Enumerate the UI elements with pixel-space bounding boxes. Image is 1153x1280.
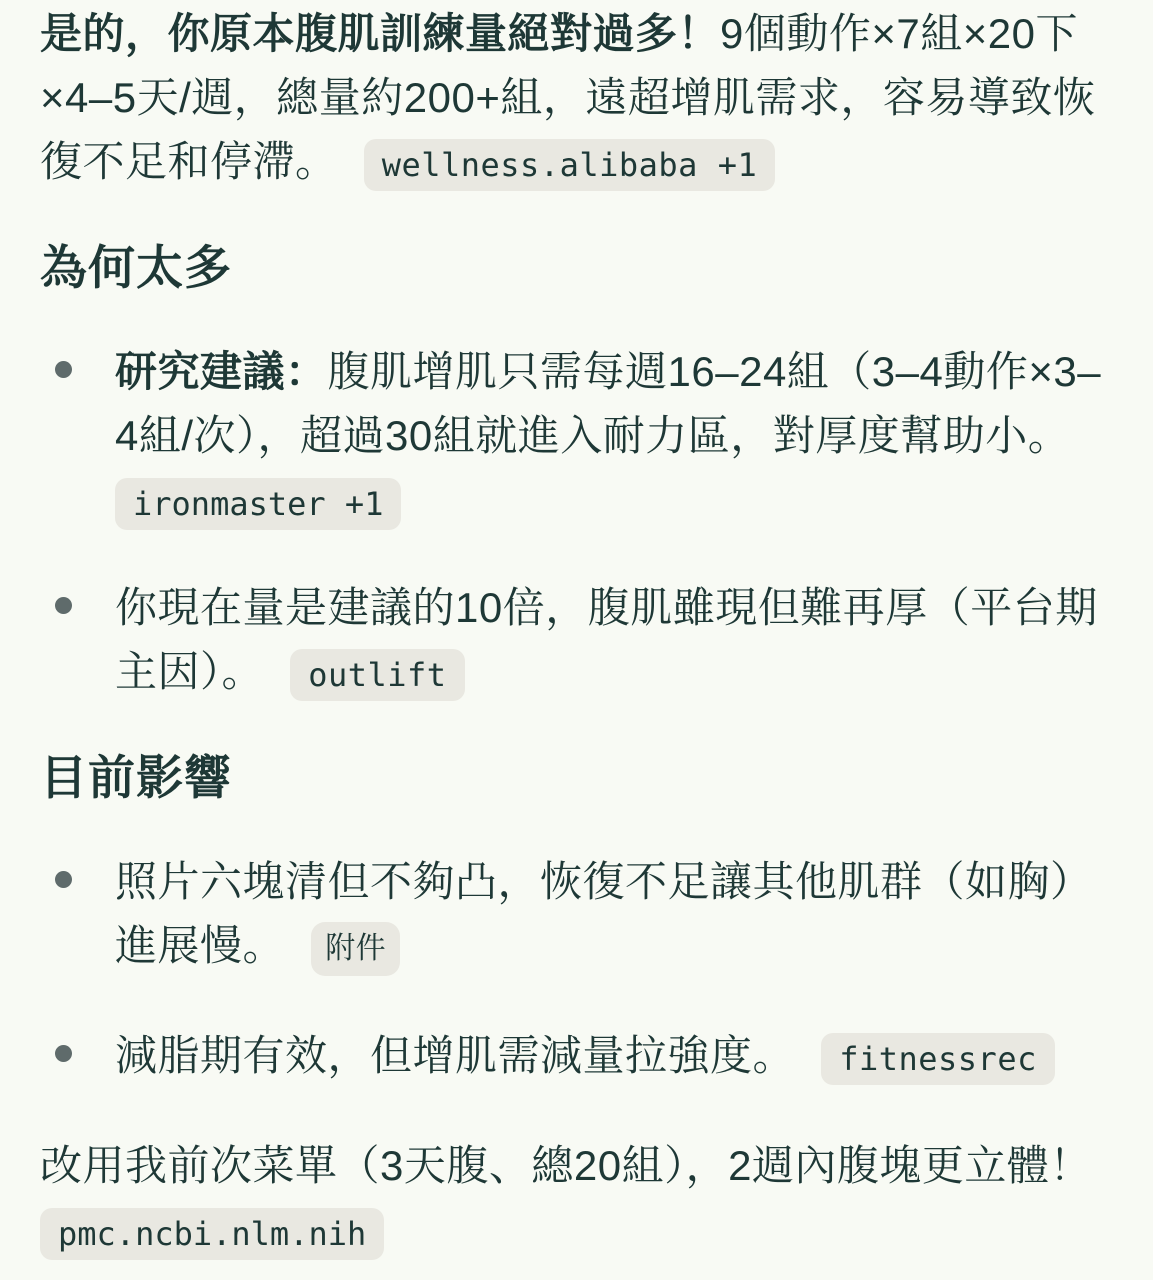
list-item: 照片六塊清但不夠凸，恢復不足讓其他肌群（如胸）進展慢。 附件 — [40, 850, 1113, 978]
bullet-dot — [55, 1045, 72, 1062]
bullet-dot — [55, 597, 72, 614]
citation-chip-fitnessrec[interactable]: fitnessrec — [821, 1033, 1055, 1085]
bullet-list-why-too-much: 研究建議：腹肌增肌只需每週16–24組（3–4動作×3–4組/次），超過30組就… — [40, 340, 1113, 704]
outro-text: 改用我前次菜單（3天腹、總20組），2週內腹塊更立體！ — [40, 1142, 1092, 1189]
bullet-text-current-volume: 你現在量是建議的10倍，腹肌雖現但難再厚（平台期主因）。 outlift — [115, 576, 1113, 704]
list-item: 研究建議：腹肌增肌只需每週16–24組（3–4動作×3–4組/次），超過30組就… — [40, 340, 1113, 530]
chat-response: 是的，你原本腹肌訓練量絕對過多！9個動作×7組×20下×4–5天/週，總量約20… — [0, 0, 1153, 1280]
citation-chip-ironmaster[interactable]: ironmaster +1 — [115, 478, 401, 530]
list-item: 你現在量是建議的10倍，腹肌雖現但難再厚（平台期主因）。 outlift — [40, 576, 1113, 704]
citation-chip-outlift[interactable]: outlift — [290, 649, 464, 701]
outro-paragraph: 改用我前次菜單（3天腹、總20組），2週內腹塊更立體！ — [40, 1134, 1113, 1198]
citation-chip-wellness[interactable]: wellness.alibaba +1 — [364, 139, 776, 191]
bullet-text: 減脂期有效，但增肌需減量拉強度。 — [115, 1032, 795, 1079]
list-item: 減脂期有效，但增肌需減量拉強度。 fitnessrec — [40, 1024, 1113, 1088]
section-heading-why-too-much: 為何太多 — [40, 240, 1113, 296]
intro-paragraph: 是的，你原本腹肌訓練量絕對過多！9個動作×7組×20下×4–5天/週，總量約20… — [40, 2, 1113, 194]
citation-row: ironmaster +1 — [115, 478, 1113, 530]
bullet-dot — [55, 361, 72, 378]
bullet-text-research: 研究建議：腹肌增肌只需每週16–24組（3–4動作×3–4組/次），超過30組就… — [115, 340, 1113, 468]
bullet-dot — [55, 871, 72, 888]
bullet-text: 你現在量是建議的10倍，腹肌雖現但難再厚（平台期主因）。 — [115, 584, 1098, 695]
bullet-text-photo: 照片六塊清但不夠凸，恢復不足讓其他肌群（如胸）進展慢。 附件 — [115, 850, 1113, 978]
bullet-bold-text: 研究建議： — [115, 348, 328, 395]
bullet-text-cutting: 減脂期有效，但增肌需減量拉強度。 fitnessrec — [115, 1024, 1113, 1088]
intro-bold-text: 是的，你原本腹肌訓練量絕對過多！ — [40, 10, 720, 57]
bullet-list-current-impact: 照片六塊清但不夠凸，恢復不足讓其他肌群（如胸）進展慢。 附件 減脂期有效，但增肌… — [40, 850, 1113, 1088]
section-heading-current-impact: 目前影響 — [40, 750, 1113, 806]
citation-chip-attachment[interactable]: 附件 — [311, 922, 400, 976]
citation-row: pmc.ncbi.nlm.nih — [40, 1208, 1113, 1260]
bullet-text: 照片六塊清但不夠凸，恢復不足讓其他肌群（如胸）進展慢。 — [115, 858, 1093, 969]
citation-chip-pmc[interactable]: pmc.ncbi.nlm.nih — [40, 1208, 384, 1260]
